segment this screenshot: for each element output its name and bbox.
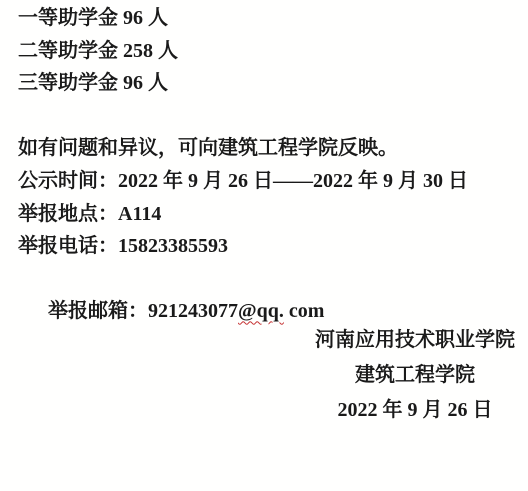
report-email-spellchecked-segment: @qq. [238, 300, 284, 322]
report-email-address-prefix: 921243077 [148, 300, 238, 322]
signature-org: 河南应用技术职业学院 [302, 323, 528, 358]
feedback-note-line: 如有问题和异议，可向建筑工程学院反映。 [18, 132, 528, 165]
signature-date: 2022 年 9 月 26 日 [302, 393, 528, 428]
report-email-label: 举报邮箱： [48, 300, 148, 322]
report-email-address-suffix: com [284, 300, 325, 322]
signature-dept: 建筑工程学院 [302, 358, 528, 393]
signature-block: 河南应用技术职业学院 建筑工程学院 2022 年 9 月 26 日 [302, 323, 528, 428]
notice-document: 等助学金 96 人 一等助学金 96 人 二等助学金 258 人 三等助学金 9… [0, 0, 528, 491]
report-phone-line: 举报电话：15823385593 [18, 230, 528, 263]
notice-body: 一等助学金 96 人 二等助学金 258 人 三等助学金 96 人 如有问题和异… [18, 2, 528, 295]
publicity-period-line: 公示时间：2022 年 9 月 26 日——2022 年 9 月 30 日 [18, 165, 528, 198]
scholarship-tier1-line: 一等助学金 96 人 [18, 2, 528, 35]
report-location-line: 举报地点：A114 [18, 198, 528, 231]
scholarship-tier2-line: 二等助学金 258 人 [18, 35, 528, 68]
scholarship-tier3-line: 三等助学金 96 人 [18, 67, 528, 100]
report-email-line: 举报邮箱：921243077@qq.com [18, 263, 528, 296]
blank-line [18, 100, 528, 133]
